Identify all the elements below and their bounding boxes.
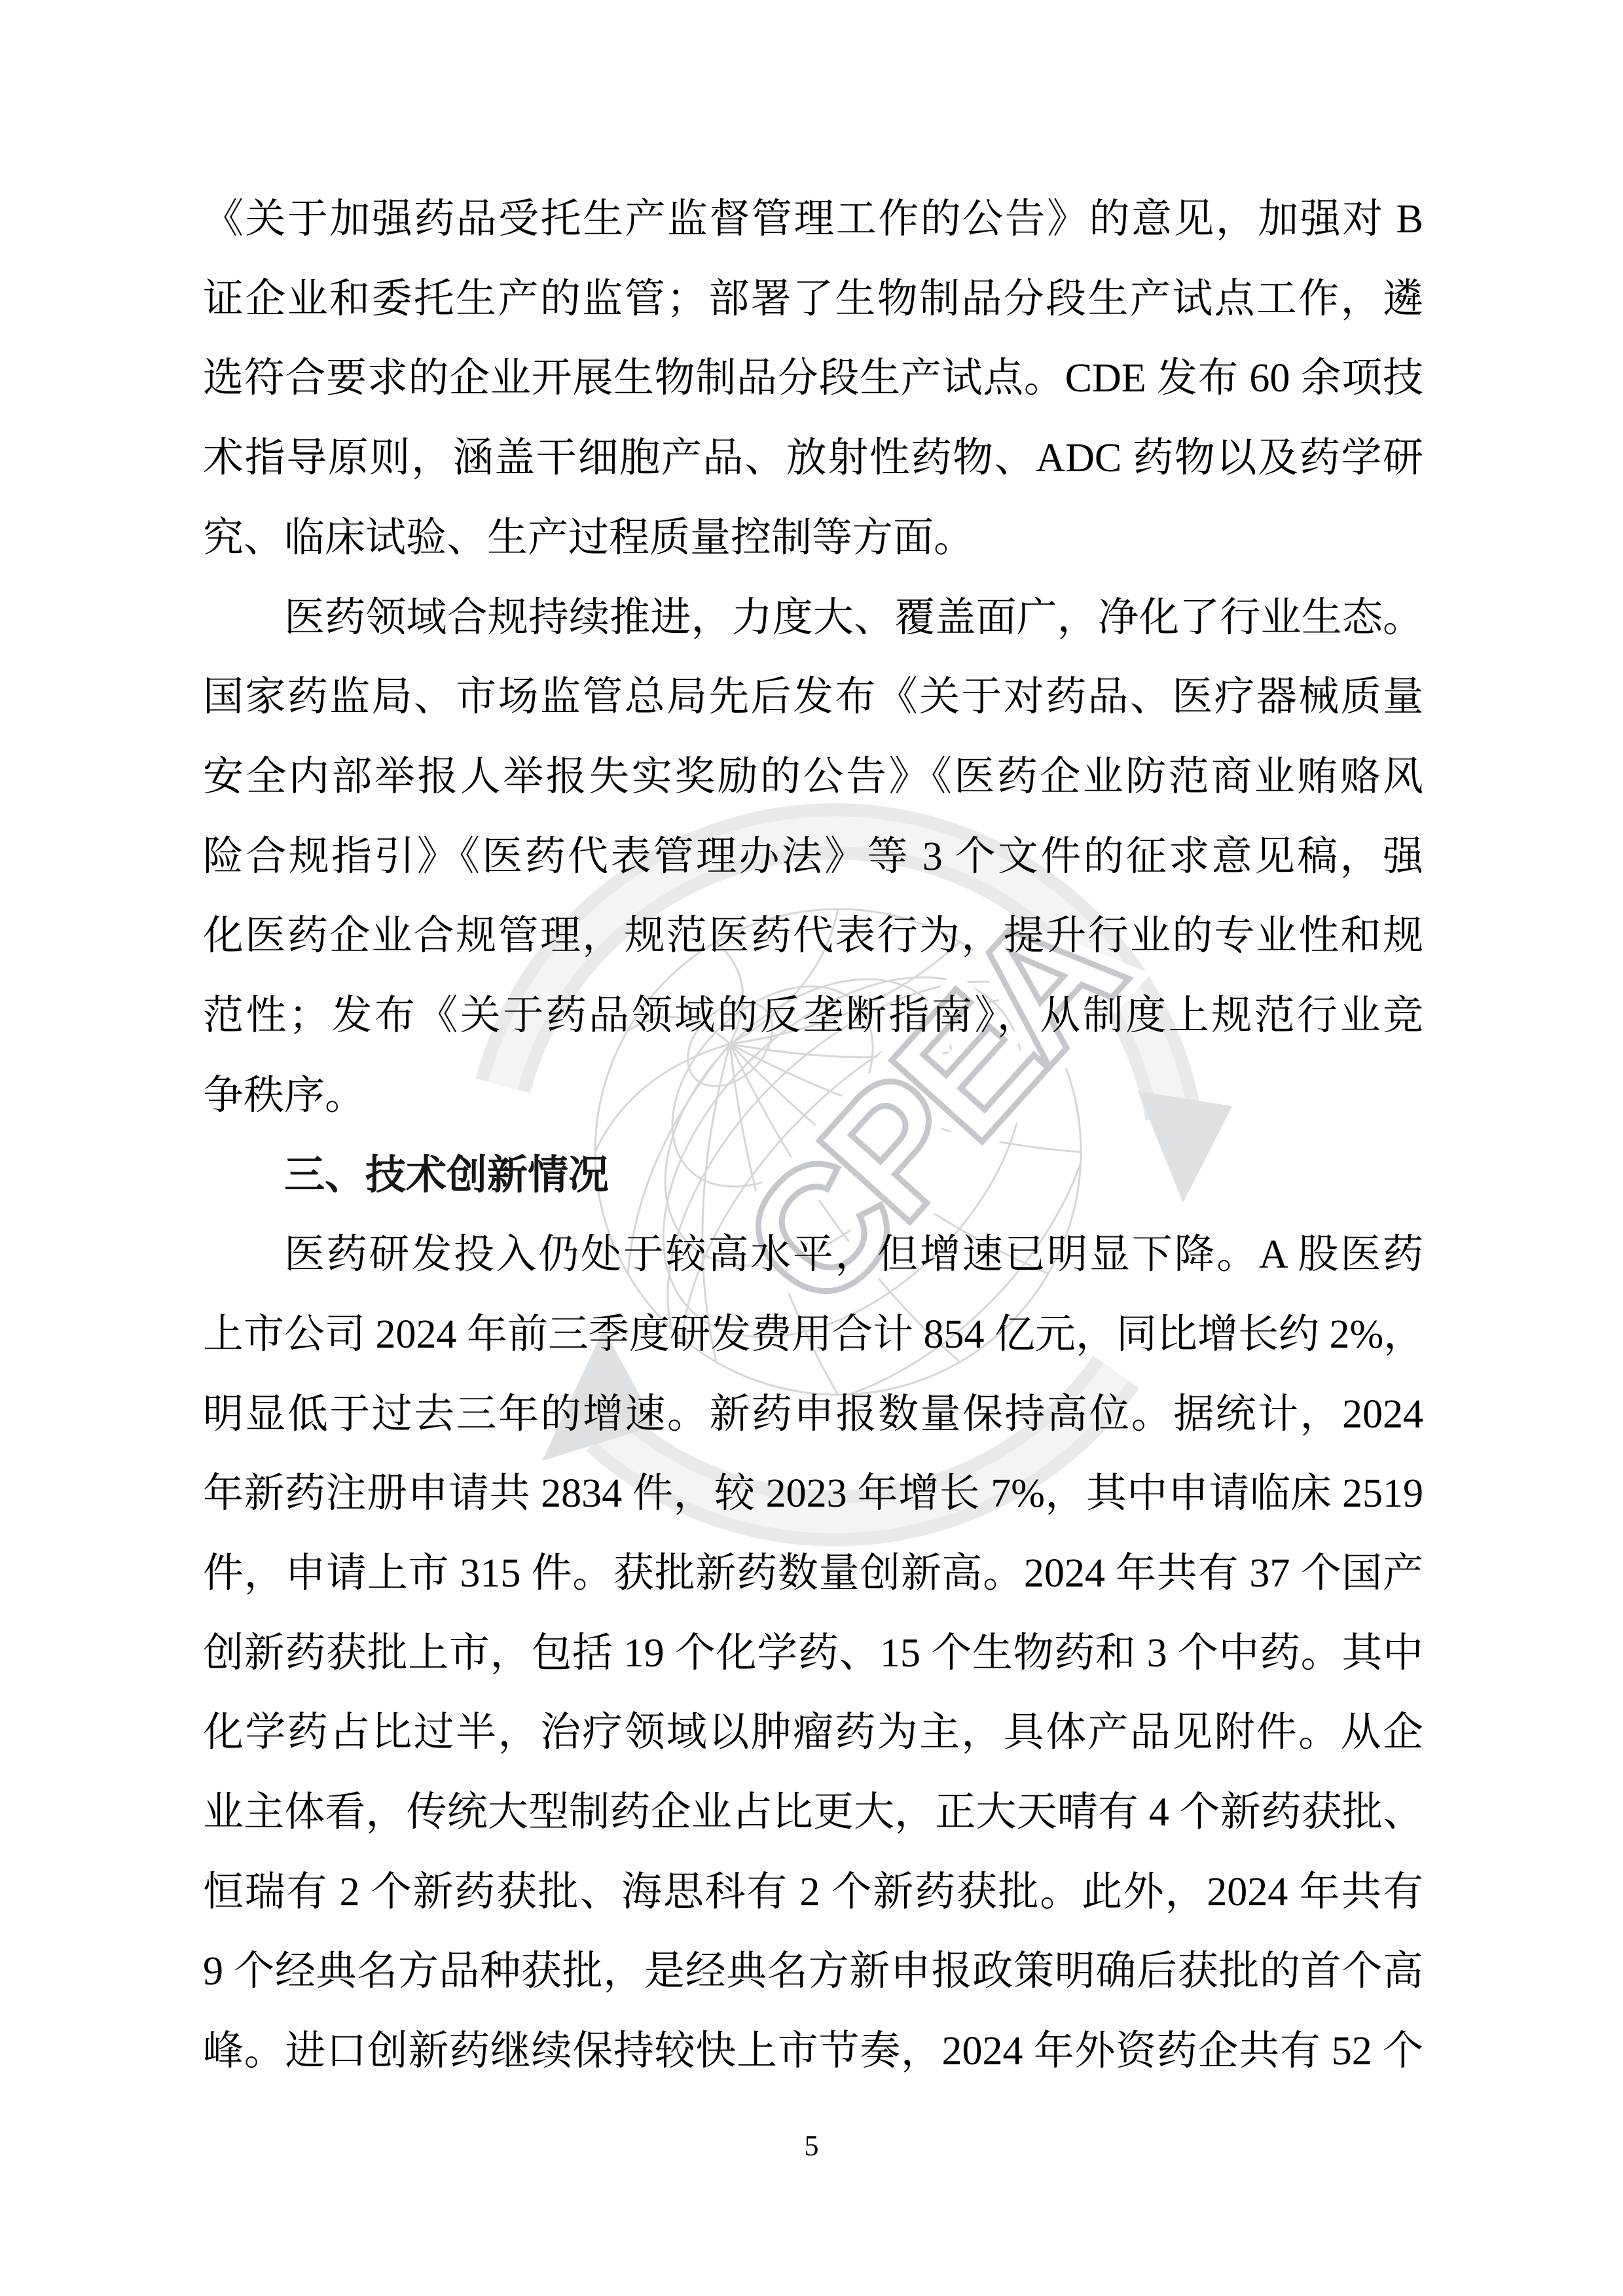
text-line: 医药领域合规持续推进，力度大、覆盖面广，净化了行业生态。	[203, 579, 1423, 658]
text-line: 究、临床试验、生产过程质量控制等方面。	[203, 499, 1423, 579]
text-line: 9 个经典名方品种获批，是经典名方新申报政策明确后获批的首个高	[203, 1932, 1423, 2012]
text-line: 明显低于过去三年的增速。新药申报数量保持高位。据统计，2024	[203, 1375, 1423, 1455]
text-line: 业主体看，传统大型制药企业占比更大，正大天晴有 4 个新药获批、	[203, 1773, 1423, 1853]
text-line: 化医药企业合规管理，规范医药代表行为，提升行业的专业性和规	[203, 897, 1423, 977]
text-line: 安全内部举报人举报失实奖励的公告》《医药企业防范商业贿赂风	[203, 738, 1423, 817]
text-line: 恒瑞有 2 个新药获批、海思科有 2 个新药获批。此外，2024 年共有	[203, 1853, 1423, 1933]
text-line: 选符合要求的企业开展生物制品分段生产试点。CDE 发布 60 余项技	[203, 339, 1423, 419]
text-line: 争秩序。	[203, 1056, 1423, 1136]
text-line: 峰。进口创新药继续保持较快上市节奏，2024 年外资药企共有 52 个	[203, 2012, 1423, 2092]
text-line: 术指导原则，涵盖干细胞产品、放射性药物、ADC 药物以及药学研	[203, 419, 1423, 499]
text-line: 年新药注册申请共 2834 件，较 2023 年增长 7%，其中申请临床 251…	[203, 1454, 1423, 1534]
page-number: 5	[0, 2132, 1623, 2161]
text-line: 范性；发布《关于药品领域的反垄断指南》，从制度上规范行业竞	[203, 977, 1423, 1056]
text-line: 证企业和委托生产的监管；部署了生物制品分段生产试点工作，遴	[203, 260, 1423, 340]
section-heading: 三、技术创新情况	[203, 1136, 1423, 1215]
document-page: CPEA CPEA 《关于加强药品受托生产监督管理工作的公告》的意见，加强对 B…	[0, 0, 1623, 2296]
text-body: 《关于加强药品受托生产监督管理工作的公告》的意见，加强对 B 证企业和委托生产的…	[203, 180, 1423, 2092]
text-line: 医药研发投入仍处于较高水平，但增速已明显下降。A 股医药	[203, 1215, 1423, 1295]
text-line: 险合规指引》《医药代表管理办法》等 3 个文件的征求意见稿，强	[203, 817, 1423, 897]
text-line: 国家药监局、市场监管总局先后发布《关于对药品、医疗器械质量	[203, 658, 1423, 738]
text-line: 上市公司 2024 年前三季度研发费用合计 854 亿元，同比增长约 2%，	[203, 1295, 1423, 1375]
text-line: 化学药占比过半，治疗领域以肿瘤药为主，具体产品见附件。从企	[203, 1693, 1423, 1773]
text-line: 创新药获批上市，包括 19 个化学药、15 个生物药和 3 个中药。其中	[203, 1614, 1423, 1694]
text-line: 件，申请上市 315 件。获批新药数量创新高。2024 年共有 37 个国产	[203, 1534, 1423, 1614]
text-line: 《关于加强药品受托生产监督管理工作的公告》的意见，加强对 B	[203, 180, 1423, 260]
